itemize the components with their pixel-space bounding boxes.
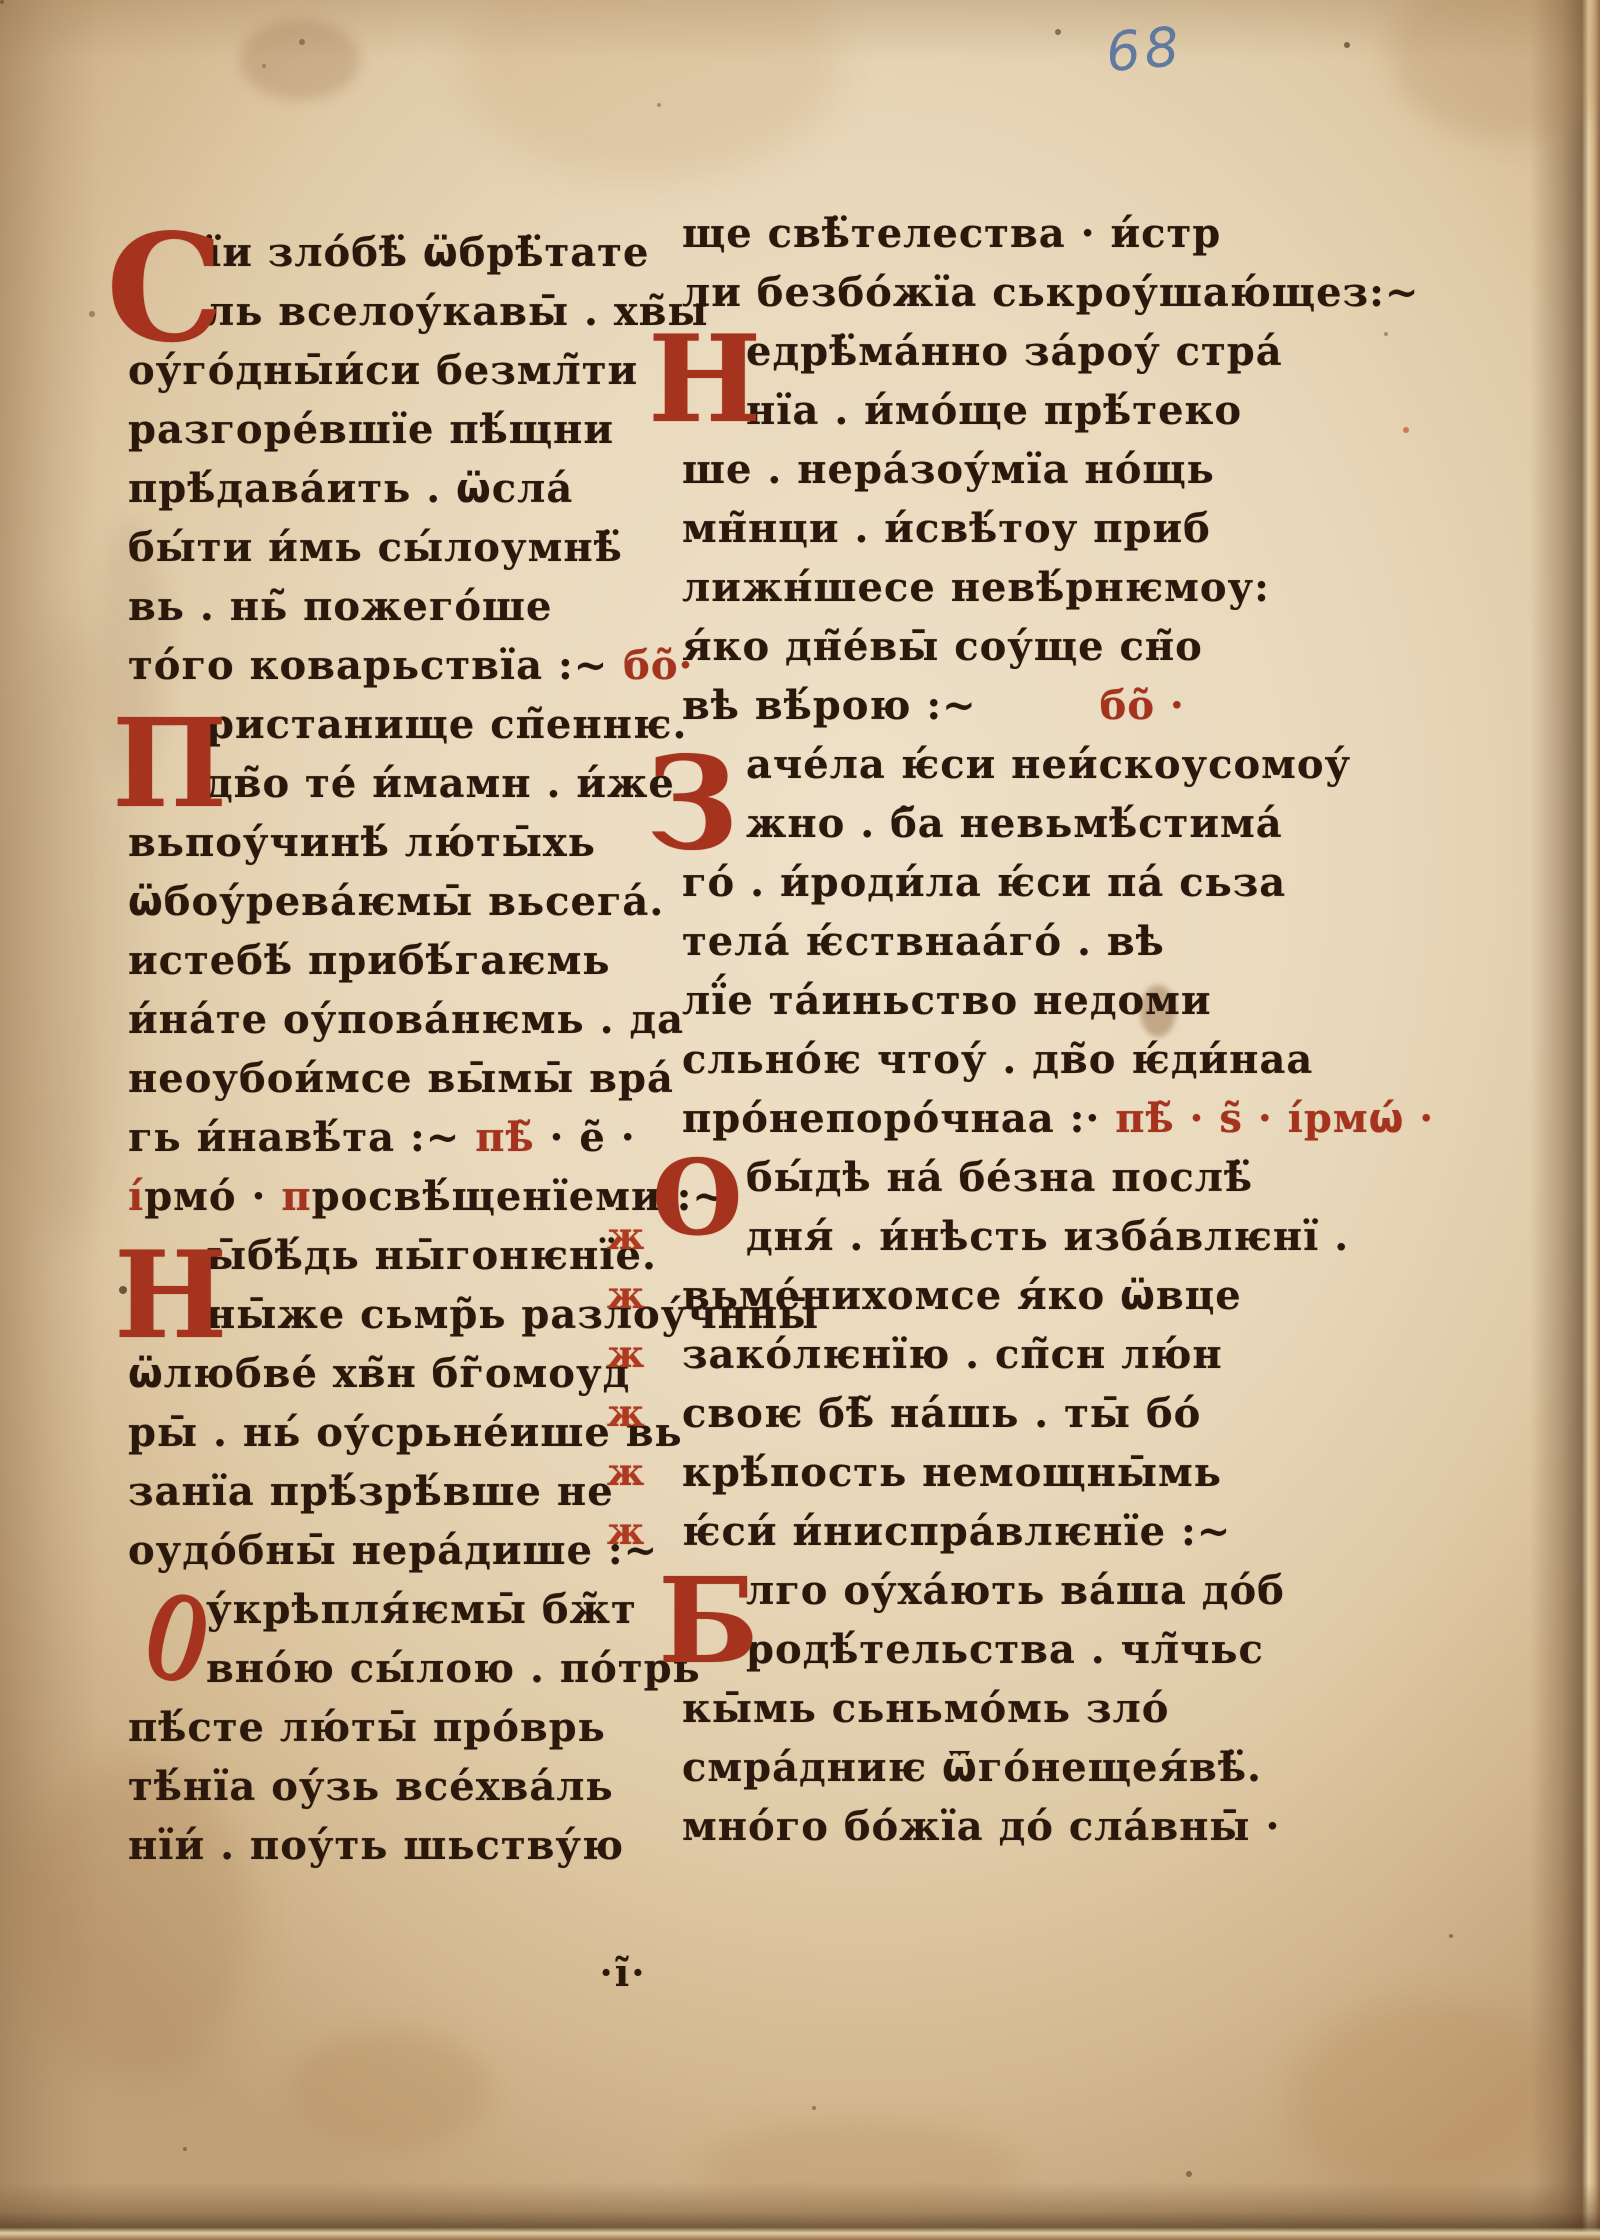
body-text: занїа прѣ́зрѣ́вше не xyxy=(128,1468,614,1515)
margin-tick: ж xyxy=(604,1273,648,1317)
body-text xyxy=(977,682,1100,729)
stain xyxy=(460,0,840,180)
page-edge-right xyxy=(1530,0,1600,2240)
text-line: вьме́нихомсе я́ко ѡ̈вце xyxy=(682,1266,1302,1325)
body-text: мно́го бо́жїа до́ сла́вны̄ · xyxy=(682,1803,1280,1850)
body-text: вно́ю сы́лою . по́трь xyxy=(206,1645,701,1692)
rubric-text: бо̃ · xyxy=(1100,682,1185,729)
body-text: ѥ́си́ и́ниспра́влѥнїе :~ xyxy=(682,1508,1231,1555)
text-line: ры̄ . нь́ оу́срьне́ише вь xyxy=(128,1403,668,1462)
text-line: го́ . и́роди́ла ѥ́си па́ сьза xyxy=(682,853,1302,912)
body-text: лижн́шесе невѣ́рнѥмоу: xyxy=(682,564,1270,611)
body-text: нїа . и́мо́ще прѣ́теко xyxy=(746,387,1242,434)
gutter-shadow xyxy=(0,0,100,2240)
text-line: нїа . и́мо́ще прѣ́теко xyxy=(682,381,1302,440)
text-line: лго оу́ха́ють ва́ша до́б xyxy=(682,1561,1302,1620)
body-text: кы̄мь сьньмо́мь зло́ xyxy=(682,1685,1169,1732)
drop-cap-p: П xyxy=(112,702,228,824)
body-text: ли безбо́жїа ськроу́шаю́щез:~ xyxy=(682,269,1419,316)
body-text: ры̄ . нь́ оу́срьне́ише вь xyxy=(128,1409,683,1456)
text-line: лї́е та́иньство недоми xyxy=(682,971,1302,1030)
text-line: своѥ бѣ̃ на́шь . ты̄ бо́ xyxy=(682,1384,1302,1443)
text-line: прѣ́дава́ить . ѡ̈сла́ xyxy=(128,459,668,518)
text-line: жно . б̃а невьмѣ́стима́ xyxy=(682,794,1302,853)
body-text: истебѣ́ прибѣ́гаѥмь xyxy=(128,937,611,984)
body-text: у́крѣпля́ѥмы̄ бж̃т xyxy=(206,1586,637,1633)
text-line: нїи́ . поу́ть шьству́ю xyxy=(128,1816,668,1875)
body-text: своѥ бѣ̃ на́шь . ты̄ бо́ xyxy=(682,1390,1201,1437)
stain xyxy=(700,2120,1020,2220)
body-text: ы̄бѣ́дь ны̄гонѥнїе. xyxy=(206,1232,657,1279)
quire-signature: ·і̃· xyxy=(568,1950,678,1995)
text-line: занїа прѣ́зрѣ́вше не xyxy=(128,1462,668,1521)
margin-tick: ж xyxy=(604,1332,648,1376)
text-line: вь . нь̃ пожего́ше xyxy=(128,577,668,636)
text-line: ѡ̈боу́рева́ѥмы̄ вьсега́. xyxy=(128,872,668,931)
stain xyxy=(290,2030,490,2150)
top-edge-shadow xyxy=(0,0,1600,60)
body-text: крѣ́пость немощны̄мь xyxy=(682,1449,1222,1496)
text-line: оудо́бны̄ нера́дише :~ xyxy=(128,1521,668,1580)
text-line: про́непоро́чнаа :· пѣ̃ · ѕ̃ · і́рмѡ́ · xyxy=(682,1089,1302,1148)
stain xyxy=(1290,2000,1570,2200)
text-line: смра́дниѥ ѿго́нещея́вѣ̈. xyxy=(682,1738,1302,1797)
text-line: мн̃нци . и́свѣ́тоу приб xyxy=(682,499,1302,558)
drop-cap-n2: Н xyxy=(648,320,762,440)
body-text: вѣ вѣ́рою :~ xyxy=(682,682,977,729)
body-text: бы́дѣ на́ бе́зна послѣ̈ xyxy=(746,1154,1253,1201)
body-text: гь и́навѣ́та :~ xyxy=(128,1114,475,1161)
body-text: сльно́ѥ чтоу́ . дв̃о ѥ́ди́наа xyxy=(682,1036,1313,1083)
margin-tick: ж xyxy=(604,1214,648,1258)
text-line: бы́ти и́мь сы́лоумнѣ̈ xyxy=(128,518,668,577)
body-text: їи зло́бѣ̈ ѡ̈брѣ̈тате xyxy=(206,229,649,276)
rubric-text: і́ xyxy=(128,1173,144,1220)
page-edge-bottom xyxy=(0,2182,1600,2240)
text-line: крѣ́пость немощны̄мь xyxy=(682,1443,1302,1502)
body-text: рмо́ · xyxy=(144,1173,281,1220)
text-line: то́го коварьствїа :~ бо̃· xyxy=(128,636,668,695)
text-line: тела́ ѥ́ствнаа́го́ . вѣ xyxy=(682,912,1302,971)
text-line: истебѣ́ прибѣ́гаѥмь xyxy=(128,931,668,990)
text-line: едрѣ̈ма́нно за́роу́ стра́ xyxy=(682,322,1302,381)
drop-cap-b: Б xyxy=(658,1562,760,1680)
body-text: ль вселоу́кавы̄ . хв̃ы xyxy=(206,288,709,335)
body-text: лго оу́ха́ють ва́ша до́б xyxy=(746,1567,1285,1614)
text-line: вѣ вѣ́рою :~ бо̃ · xyxy=(682,676,1302,735)
stain xyxy=(1390,0,1600,140)
body-text: ѡ̈боу́рева́ѥмы̄ вьсега́. xyxy=(128,878,664,925)
rubric-text: пѣ̃ · ѕ̃ · і́рмѡ́ · xyxy=(1115,1095,1434,1142)
fly-specks xyxy=(0,0,4,4)
text-line: сльно́ѥ чтоу́ . дв̃о ѥ́ди́наа xyxy=(682,1030,1302,1089)
rubric-text: пѣ̃ xyxy=(475,1114,534,1161)
body-text: про́непоро́чнаа :· xyxy=(682,1095,1115,1142)
rubric-text: п xyxy=(281,1173,311,1220)
text-line: разгоре́вшїе пѣ́щни xyxy=(128,400,668,459)
body-text: нїи́ . поу́ть шьству́ю xyxy=(128,1822,624,1869)
text-line: дня́ . и́нѣсть изба́влѥнї . xyxy=(682,1207,1302,1266)
text-line: аче́ла ѥ́си неи́скоусомоу́ xyxy=(682,735,1302,794)
body-text: бы́ти и́мь сы́лоумнѣ̈ xyxy=(128,524,623,571)
margin-tick: ж xyxy=(604,1450,648,1494)
text-line: бы́дѣ на́ бе́зна послѣ̈ xyxy=(682,1148,1302,1207)
stain xyxy=(0,620,130,1240)
body-text: ше . нера́зоу́мїа но́щь xyxy=(682,446,1215,493)
body-text: неоубои́мсе вы̄мы̄ вра́ xyxy=(128,1055,674,1102)
body-text: смра́дниѥ ѿго́нещея́вѣ̈. xyxy=(682,1744,1262,1791)
body-text: ристанище сп̃еннѥ. xyxy=(206,701,687,748)
body-text: тѣ́нїа оу́зь все́хва́ль xyxy=(128,1763,614,1810)
text-line: ѥ́си́ и́ниспра́влѥнїе :~ xyxy=(682,1502,1302,1561)
body-text: · е̃ · xyxy=(535,1114,636,1161)
body-text: зако́лѥнїю . сп̃сн лю́н xyxy=(682,1331,1223,1378)
text-line: тѣ́нїа оу́зь все́хва́ль xyxy=(128,1757,668,1816)
text-line: і́рмо́ · просвѣ́щенїеми :~ xyxy=(128,1167,668,1226)
body-text: вьме́нихомсе я́ко ѡ̈вце xyxy=(682,1272,1242,1319)
body-text: ще свѣ̈телества · и́стр xyxy=(682,210,1221,257)
text-line: ще свѣ̈телества · и́стр xyxy=(682,204,1302,263)
body-text: аче́ла ѥ́си неи́скоусомоу́ xyxy=(746,741,1351,788)
body-text: я́ко дн̃е́вы̄ соу́ще сн̃о xyxy=(682,623,1203,670)
right-text-column: ще свѣ̈телества · и́стр ли безбо́жїа ськ… xyxy=(682,204,1302,1856)
body-text: дня́ . и́нѣсть изба́влѥнї . xyxy=(746,1213,1349,1260)
body-text: тела́ ѥ́ствнаа́го́ . вѣ xyxy=(682,918,1165,965)
body-text: го́ . и́роди́ла ѥ́си па́ сьза xyxy=(682,859,1286,906)
body-text: разгоре́вшїе пѣ́щни xyxy=(128,406,614,453)
body-text: и́на́те оу́пова́нѥмь . да xyxy=(128,996,684,1043)
stain xyxy=(240,20,360,100)
text-line: я́ко дн̃е́вы̄ соу́ще сн̃о xyxy=(682,617,1302,676)
text-line: и́на́те оу́пова́нѥмь . да xyxy=(128,990,668,1049)
body-text: оудо́бны̄ нера́дише :~ xyxy=(128,1527,658,1574)
text-line: неоубои́мсе вы̄мы̄ вра́ xyxy=(128,1049,668,1108)
drop-cap-o2: О xyxy=(652,1146,744,1250)
text-line: мно́го бо́жїа до́ сла́вны̄ · xyxy=(682,1797,1302,1856)
body-text: едрѣ̈ма́нно за́роу́ стра́ xyxy=(746,328,1283,375)
margin-tick: ж xyxy=(604,1509,648,1553)
text-line: родѣ́тельства . чл̃чьс xyxy=(682,1620,1302,1679)
body-text: жно . б̃а невьмѣ́стима́ xyxy=(746,800,1283,847)
drop-cap-z: З xyxy=(646,740,739,868)
text-line: зако́лѥнїю . сп̃сн лю́н xyxy=(682,1325,1302,1384)
body-text: вь . нь̃ пожего́ше xyxy=(128,583,553,630)
body-text: мн̃нци . и́свѣ́тоу приб xyxy=(682,505,1211,552)
text-line: вно́ю сы́лою . по́трь xyxy=(128,1639,668,1698)
text-line: ли безбо́жїа ськроу́шаю́щез:~ xyxy=(682,263,1302,322)
body-text: прѣ́дава́ить . ѡ̈сла́ xyxy=(128,465,573,512)
body-text: дв̃о те́ и́мамн . и́же xyxy=(206,760,675,807)
drop-cap-n: Н xyxy=(114,1236,228,1356)
body-text: пѣ́сте лю́ты̄ про́врь xyxy=(128,1704,606,1751)
manuscript-page: 68 їи зло́бѣ̈ ѡ̈брѣ̈тате ль вселоу́кавы̄… xyxy=(0,0,1600,2240)
text-line: кы̄мь сьньмо́мь зло́ xyxy=(682,1679,1302,1738)
body-text: родѣ́тельства . чл̃чьс xyxy=(746,1626,1264,1673)
text-line: пѣ́сте лю́ты̄ про́врь xyxy=(128,1698,668,1757)
text-line: ше . нера́зоу́мїа но́щь xyxy=(682,440,1302,499)
margin-tick: ж xyxy=(604,1391,648,1435)
drop-cap-s: С xyxy=(106,214,225,362)
folio-number: 68 xyxy=(1103,15,1185,84)
text-line: гь и́навѣ́та :~ пѣ̃ · е̃ · xyxy=(128,1108,668,1167)
body-text: лї́е та́иньство недоми xyxy=(682,977,1212,1024)
text-line: лижн́шесе невѣ́рнѥмоу: xyxy=(682,558,1302,617)
body-text: то́го коварьствїа :~ xyxy=(128,642,623,689)
